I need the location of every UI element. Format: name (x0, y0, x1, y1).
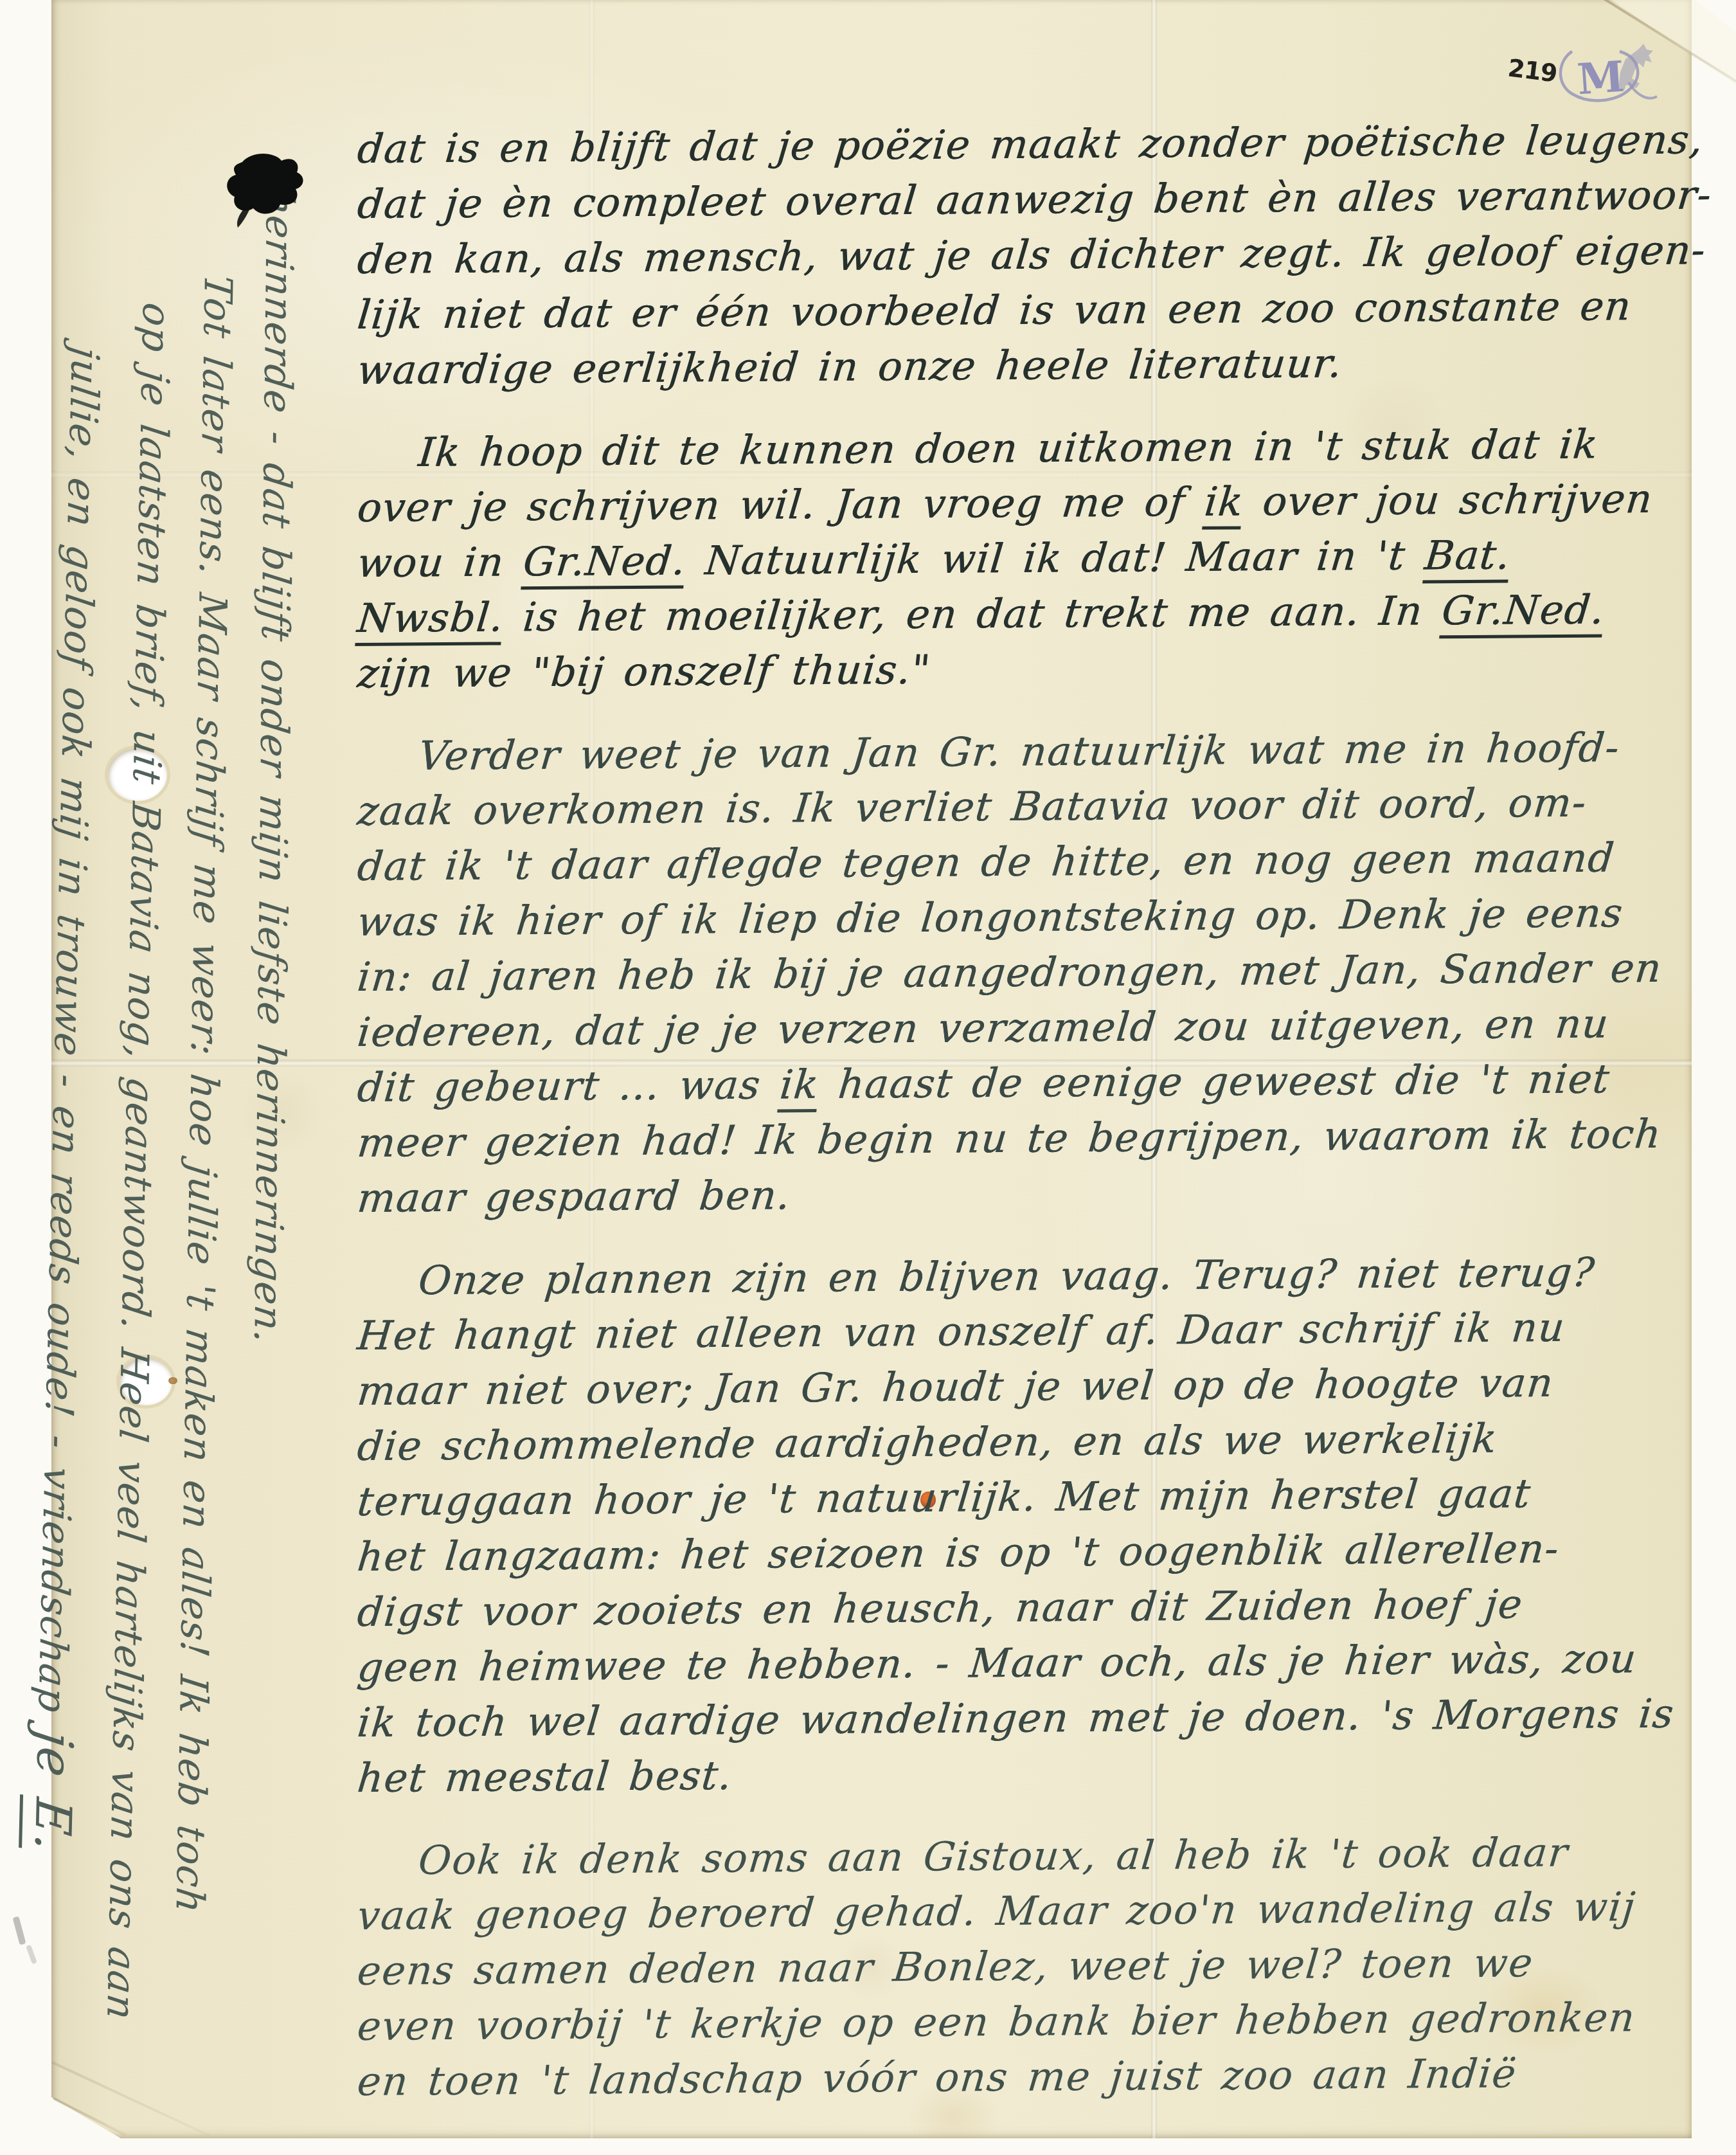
handwritten-line: digst voor zooiets en heusch, naar dit Z… (355, 1580, 1525, 1636)
backing-smudge (12, 1916, 26, 1945)
text-segment: eens samen deden naar Bonlez, weet je we… (355, 1939, 1535, 1994)
handwritten-line: Verder weet je van Jan Gr. natuurlijk wa… (416, 724, 1622, 779)
text-segment: lijk niet dat er één voorbeeld is van ee… (355, 282, 1634, 338)
text-segment: haast de eenige geweest die 't niet (817, 1055, 1613, 1108)
text-segment: wou in (355, 538, 526, 586)
handwritten-line: geen heimwee te hebben. - Maar och, als … (355, 1635, 1639, 1691)
scanned-letter-page: { "document_type": "handwritten letter (… (0, 0, 1736, 2155)
text-segment: en toen 't landschap vóór ons me juist z… (355, 2050, 1519, 2105)
text-segment: maar niet over; Jan Gr. houdt je wel op … (355, 1359, 1556, 1414)
handwritten-line: was ik hier of ik liep die longontstekin… (355, 889, 1625, 945)
handwritten-line: die schommelende aardigheden, en als we … (355, 1415, 1500, 1470)
handwritten-line: meer gezien had! Ik begin nu te begrijpe… (355, 1110, 1664, 1166)
underlined-word: Nwsbl. (355, 593, 506, 646)
text-segment: zijn we "bij onszelf thuis." (355, 646, 933, 697)
handwritten-line: en toen 't landschap vóór ons me juist z… (355, 2050, 1519, 2105)
text-segment: teruggaan hoor je 't natuurlijk. Met mij… (355, 1470, 1534, 1525)
underlined-word: ik (778, 1061, 821, 1112)
underlined-word: ik (1202, 478, 1246, 529)
text-segment: meer gezien had! Ik begin nu te begrijpe… (355, 1110, 1664, 1166)
text-segment: die schommelende aardigheden, en als we … (355, 1415, 1500, 1470)
underlined-word: Gr.Ned. (521, 537, 688, 590)
handwritten-line: lijk niet dat er één voorbeeld is van ee… (355, 282, 1634, 338)
handwritten-line: over je schrijven wil. Jan vroeg me of i… (355, 475, 1655, 531)
text-segment: Verder weet je van Jan Gr. natuurlijk wa… (416, 724, 1622, 779)
text-segment: was ik hier of ik liep die longontstekin… (355, 889, 1625, 945)
text-segment: dat is en blijft dat je poëzie maakt zon… (355, 116, 1706, 172)
text-segment: zaak overkomen is. Ik verliet Batavia vo… (355, 779, 1589, 834)
text-segment: het langzaam: het seizoen is op 't oogen… (355, 1525, 1562, 1580)
handwritten-line: teruggaan hoor je 't natuurlijk. Met mij… (355, 1470, 1534, 1525)
handwritten-line: ik toch wel aardige wandelingen met je d… (355, 1690, 1677, 1746)
text-segment: dit gebeurt ... was (355, 1061, 783, 1111)
handwritten-line: maar gespaard ben. (355, 1171, 793, 1222)
handwritten-line: even voorbij 't kerkje op een bank bier … (355, 1994, 1638, 2050)
handwritten-line: vaak genoeg beroerd gehad. Maar zoo'n wa… (355, 1883, 1638, 1939)
pencil-number: 219 (1507, 54, 1559, 88)
text-segment: Ook ik denk soms aan Gistoux, al heb ik … (416, 1829, 1571, 1884)
handwritten-line: Ook ik denk soms aan Gistoux, al heb ik … (416, 1829, 1571, 1884)
text-segment: waardige eerlijkheid in onze heele liter… (355, 339, 1345, 393)
handwritten-line: dat ik 't daar aflegde tegen de hitte, e… (355, 834, 1617, 890)
text-segment: even voorbij 't kerkje op een bank bier … (355, 1994, 1638, 2050)
underlined-word: E. (19, 1794, 82, 1855)
backing-smudge (26, 1945, 37, 1965)
handwritten-line: eens samen deden naar Bonlez, weet je we… (355, 1939, 1535, 1994)
underlined-word: Gr.Ned. (1439, 586, 1607, 638)
text-segment: iedereen, dat je je verzen verzameld zou… (355, 1000, 1611, 1056)
handwritten-line: den kan, als mensch, wat je als dichter … (355, 226, 1708, 283)
text-segment: ik toch wel aardige wandelingen met je d… (355, 1690, 1677, 1746)
handwritten-line: het meestal best. (355, 1752, 735, 1801)
stamp-monogram: M (1575, 51, 1625, 105)
handwritten-line: dat is en blijft dat je poëzie maakt zon… (355, 116, 1706, 172)
text-segment: in: al jaren heb ik bij je aangedrongen,… (355, 944, 1664, 1000)
handwritten-line: in: al jaren heb ik bij je aangedrongen,… (355, 944, 1664, 1000)
handwritten-line: dat je èn compleet overal aanwezig bent … (355, 171, 1714, 228)
text-segment: maar gespaard ben. (355, 1171, 793, 1222)
text-segment: vaak genoeg beroerd gehad. Maar zoo'n wa… (355, 1883, 1638, 1939)
handwritten-line: maar niet over; Jan Gr. houdt je wel op … (355, 1359, 1556, 1414)
handwritten-line: waardige eerlijkheid in onze heele liter… (355, 339, 1345, 393)
handwritten-line: zaak overkomen is. Ik verliet Batavia vo… (355, 779, 1589, 834)
text-segment: Het hangt niet alleen van onszelf af. Da… (355, 1304, 1568, 1359)
text-segment: over je schrijven wil. Jan vroeg me of (355, 478, 1207, 531)
text-segment: je (24, 1727, 83, 1802)
text-segment: Natuurlijk wil ik dat! Maar in 't (684, 532, 1427, 584)
handwritten-line: wou in Gr.Ned. Natuurlijk wil ik dat! Ma… (355, 531, 1513, 586)
text-segment: Onze plannen zijn en blijven vaag. Terug… (416, 1249, 1597, 1304)
handwritten-line: Nwsbl. is het moeilijker, en dat trekt m… (355, 586, 1607, 642)
ink-blot (213, 148, 323, 244)
handwritten-line: het langzaam: het seizoen is op 't oogen… (355, 1525, 1562, 1580)
handwritten-line: Het hangt niet alleen van onszelf af. Da… (355, 1304, 1568, 1359)
handwritten-line: iedereen, dat je je verzen verzameld zou… (355, 1000, 1611, 1056)
handwritten-line: zijn we "bij onszelf thuis." (355, 646, 933, 697)
handwritten-line: Onze plannen zijn en blijven vaag. Terug… (416, 1249, 1597, 1304)
text-segment: digst voor zooiets en heusch, naar dit Z… (355, 1580, 1525, 1636)
text-segment: het meestal best. (355, 1752, 735, 1801)
text-segment: Ik hoop dit te kunnen doen uitkomen in '… (416, 420, 1600, 476)
handwritten-line: Ik hoop dit te kunnen doen uitkomen in '… (416, 420, 1600, 476)
text-segment: dat ik 't daar aflegde tegen de hitte, e… (355, 834, 1617, 890)
text-segment: is het moeilijker, en dat trekt me aan. … (501, 587, 1444, 640)
text-segment: over jou schrijven (1241, 475, 1655, 525)
handwritten-line: dit gebeurt ... was ik haast de eenige g… (355, 1055, 1613, 1111)
underlined-word: Bat. (1422, 531, 1513, 583)
text-segment: den kan, als mensch, wat je als dichter … (355, 226, 1708, 283)
museum-stamp: M (1548, 42, 1676, 126)
text-segment: dat je èn compleet overal aanwezig bent … (355, 171, 1714, 228)
text-segment: geen heimwee te hebben. - Maar och, als … (355, 1635, 1639, 1691)
